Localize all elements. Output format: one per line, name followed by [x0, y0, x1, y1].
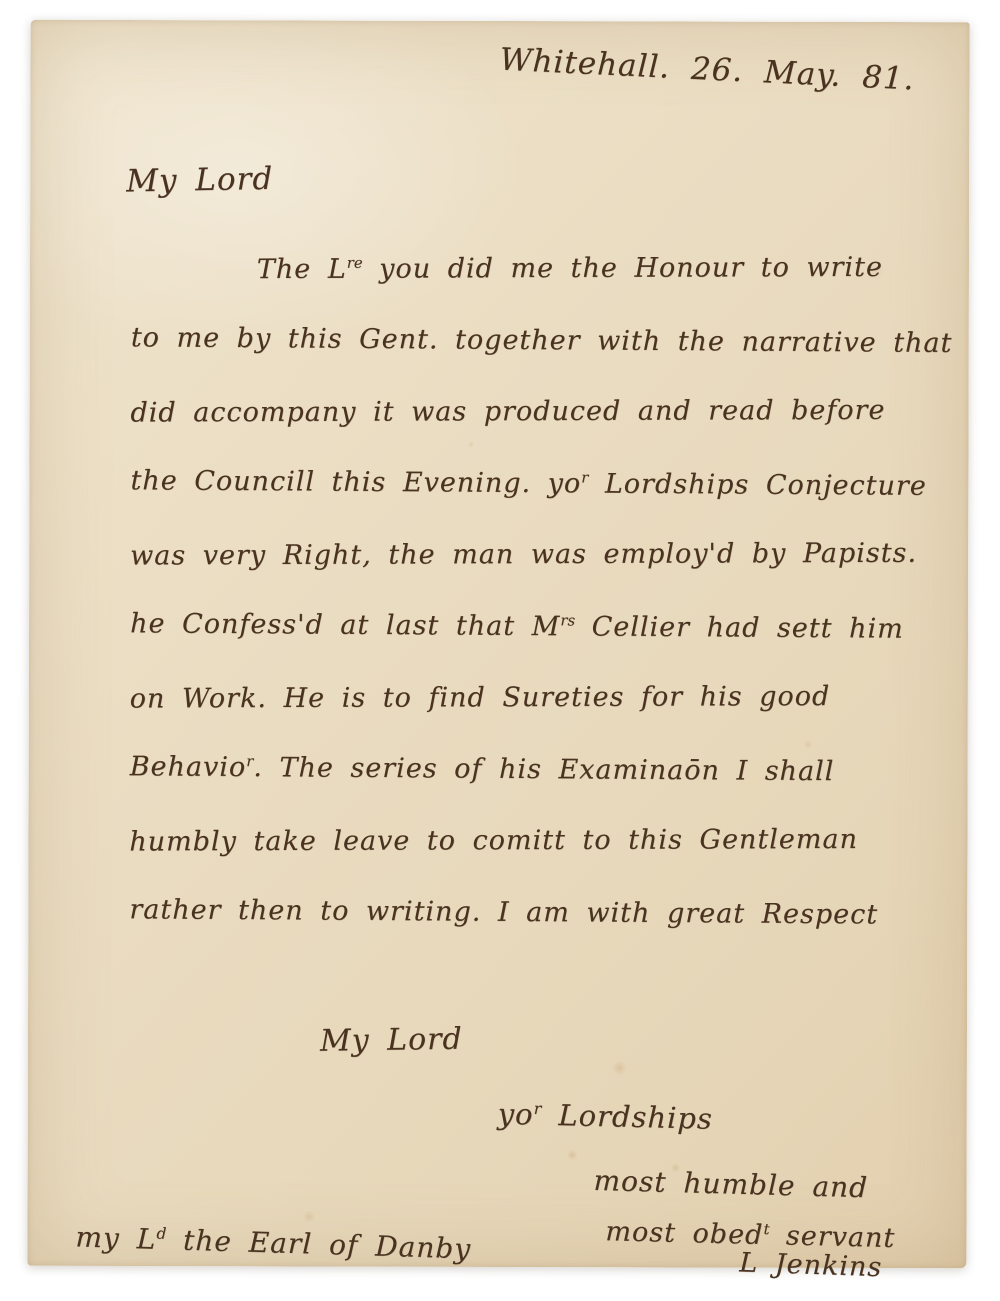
superscript-abbreviation: re — [347, 254, 363, 272]
text-segment: the Earl of Danby — [166, 1223, 472, 1265]
text-segment: rather then to writing. I am with great … — [129, 894, 878, 930]
dateline: Whitehall. 26. May. 81. — [499, 42, 916, 98]
text-segment: the Councill this Evening. yo — [130, 465, 581, 499]
letter-line: did accompany it was produced and read b… — [130, 395, 938, 469]
text-segment: was very Right, the man was employ'd by … — [130, 538, 917, 572]
salutation: My Lord — [126, 161, 274, 200]
photo-backdrop: { "colors": { "backdrop": "#ffffff", "pa… — [0, 0, 1000, 1301]
text-segment: on Work. He is to find Sureties for his … — [130, 681, 831, 714]
closing-line-lordships: yor Lordships — [497, 1097, 713, 1136]
letter-line: on Work. He is to find Sureties for his … — [130, 681, 938, 755]
text-segment: The L — [257, 254, 347, 285]
text-segment: Behavio — [130, 751, 247, 783]
addressee-note: my Ld the Earl of Danby — [75, 1220, 472, 1265]
text-segment: did accompany it was produced and read b… — [130, 395, 885, 429]
text-segment: Lordships — [541, 1098, 713, 1136]
letter-line: was very Right, the man was employ'd by … — [130, 538, 938, 612]
letter-paper: Whitehall. 26. May. 81. My Lord The Lre … — [27, 20, 969, 1268]
text-segment: to me by this Gent. together with the na… — [131, 322, 953, 359]
text-segment: my L — [75, 1220, 157, 1255]
text-segment: Cellier had sett him — [575, 611, 904, 644]
letter-line: humbly take leave to comitt to this Gent… — [129, 824, 937, 898]
text-segment: Lordships Conjecture — [588, 468, 927, 501]
closing-line-most-humble: most humble and — [593, 1164, 868, 1204]
letter-line: to me by this Gent. together with the na… — [131, 322, 939, 399]
letter-line: rather then to writing. I am with great … — [129, 894, 937, 971]
letter-line: Behavior. The series of his Examinaōn I … — [129, 751, 937, 828]
letter-line: he Confess'd at last that Mrs Cellier ha… — [130, 608, 938, 685]
signature: L Jenkins — [739, 1247, 883, 1283]
text-segment: yo — [497, 1097, 534, 1132]
text-segment: humbly take leave to comitt to this Gent… — [129, 824, 858, 858]
superscript-abbreviation: d — [156, 1225, 166, 1243]
superscript-abbreviation: rs — [560, 611, 575, 629]
letter-line: the Councill this Evening. yor Lordships… — [130, 465, 938, 542]
text-segment: he Confess'd at last that M — [130, 608, 560, 642]
text-segment: most humble and — [593, 1164, 868, 1204]
text-segment: most obed — [605, 1216, 764, 1251]
letter-body: The Lre you did me the Honour to writeto… — [129, 252, 939, 969]
text-segment: you did me the Honour to write — [363, 252, 883, 285]
text-segment: . The series of his Examinaōn I shall — [253, 752, 834, 787]
letter-line: The Lre you did me the Honour to write — [131, 252, 939, 326]
closing-salutation: My Lord — [320, 1022, 463, 1059]
